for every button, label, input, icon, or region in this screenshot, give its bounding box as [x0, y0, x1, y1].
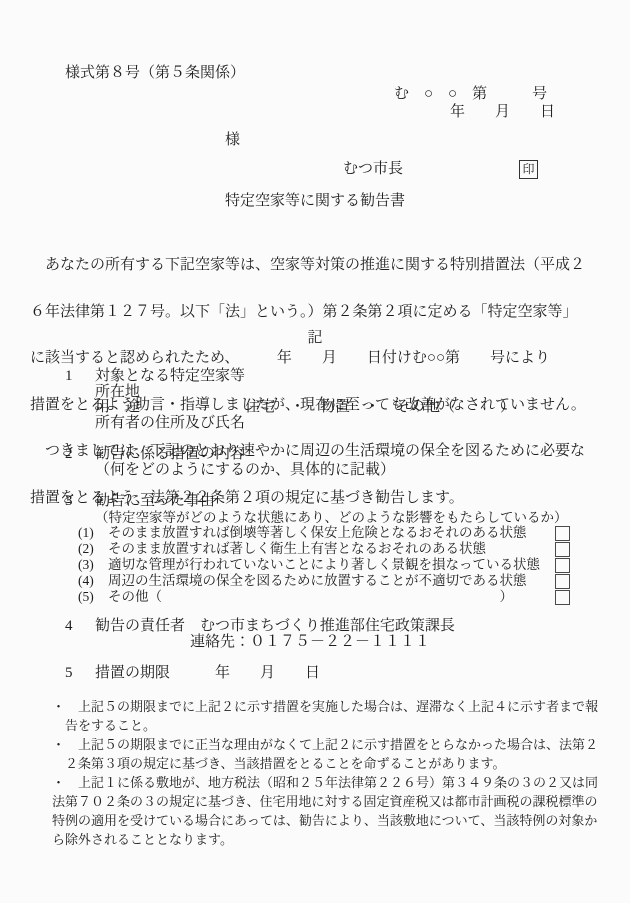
- note-line: ら除外されることとなります。: [52, 830, 612, 849]
- note-line: ・ 上記５の期限までに正当な理由がなくて上記２に示す措置をとらなかった場合は、法…: [52, 735, 612, 754]
- document-title: 特定空家等に関する勧告書: [0, 194, 630, 210]
- section-number: 2: [65, 447, 95, 463]
- section-number: 4: [65, 619, 95, 635]
- item-text: そのまま放置すれば倒壊等著しく保安上危険となるおそれのある状態: [108, 525, 555, 541]
- section-deadline: 5 措置の期限 年 月 日: [65, 666, 600, 682]
- field-owner-label: 所有者の住所及び氏名: [95, 416, 600, 432]
- item-number: (4): [78, 573, 108, 589]
- section-number: 5: [65, 666, 95, 682]
- checkbox-danger[interactable]: [555, 526, 570, 541]
- section-heading: 勧告の責任者 むつ市まちづくり推進部住宅政策課長: [95, 619, 455, 635]
- footer-notes: ・ 上記５の期限までに上記２に示す措置を実施した場合は、遅滞なく上記４に示す者ま…: [52, 697, 612, 849]
- reason-item-row: (1) そのまま放置すれば倒壊等著しく保安上危険となるおそれのある状態: [78, 525, 600, 541]
- section-note: （何をどのようにするのか、具体的に記載）: [95, 463, 600, 479]
- section-reason: 3 勧告に至った事由 （特定空家等がどのような状態にあり、どのような影響をもたら…: [65, 494, 600, 605]
- item-number: (3): [78, 557, 108, 573]
- item-text: 周辺の生活環境の保全を図るために放置することが不適切である状態: [108, 573, 555, 589]
- ki-marker: 記: [0, 331, 630, 347]
- checkbox-scenery[interactable]: [555, 558, 570, 573]
- item-number: (2): [78, 541, 108, 557]
- section-number: 3: [65, 494, 95, 510]
- note-line: 法第７０２条の３の規定に基づき、住宅用地に対する固定資産税又は都市計画税の課税標…: [52, 792, 612, 811]
- section-heading: 勧告に至った事由: [95, 494, 215, 510]
- section-note: （特定空家等がどのような状態にあり、どのような影響をもたらしているか）: [95, 510, 600, 526]
- item-text: 適切な管理が行われていないことにより著しく景観を損なっている状態: [108, 557, 555, 573]
- contact-phone: 連絡先：０１７５－２２－１１１１: [190, 635, 600, 651]
- field-usage-options: 用 途 住宅 ・ 物置 ・ その他（ ）: [95, 400, 600, 416]
- item-number: (1): [78, 525, 108, 541]
- checkbox-other[interactable]: [555, 590, 570, 605]
- reason-item-row: (2) そのまま放置すれば著しく衛生上有害となるおそれのある状態: [78, 541, 600, 557]
- sender-name: むつ市長: [343, 162, 403, 178]
- form-number: 様式第８号（第５条関係）: [65, 66, 245, 82]
- section-measure-content: 2 勧告に係る措置の内容 （何をどのようにするのか、具体的に記載）: [65, 447, 600, 478]
- note-line: ２条第３項の規定に基づき、当該措置をとることを命ずることがあります。: [52, 754, 612, 773]
- section-heading: 措置の期限 年 月 日: [95, 666, 320, 682]
- document-page: 様式第８号（第５条関係） む ○ ○ 第 号 年 月 日 様 むつ市長 印 特定…: [0, 0, 630, 903]
- seal-char: 印: [522, 162, 534, 176]
- note-line: ・ 上記５の期限までに上記２に示す措置を実施した場合は、遅滞なく上記４に示す者ま…: [52, 697, 612, 716]
- body-line: あなたの所有する下記空家等は、空家等対策の推進に関する特別措置法（平成２: [30, 258, 602, 274]
- checkbox-environment[interactable]: [555, 574, 570, 589]
- body-line: ６年法律第１２７号。以下「法」という。）第２条第２項に定める「特定空家等」: [30, 305, 602, 321]
- reason-item-row: (5) その他（ ）: [78, 589, 600, 605]
- document-number-line: む ○ ○ 第 号: [394, 87, 547, 103]
- field-location-label: 所在地: [95, 385, 600, 401]
- note-line: ・ 上記１に係る敷地が、地方税法（昭和２５年法律第２２６号）第３４９条の３の２又…: [52, 773, 612, 792]
- section-responsible-person: 4 勧告の責任者 むつ市まちづくり推進部住宅政策課長 連絡先：０１７５－２２－１…: [65, 619, 600, 650]
- item-text: そのまま放置すれば著しく衛生上有害となるおそれのある状態: [108, 541, 555, 557]
- body-line: に該当すると認められたため、 年 月 日付けむ○○第 号により: [30, 351, 602, 367]
- section-heading: 勧告に係る措置の内容: [95, 447, 245, 463]
- note-line: 特例の適用を受けている場合にあっては、勧告により、当該敷地について、当該特例の対…: [52, 811, 612, 830]
- section-heading: 対象となる特定空家等: [95, 369, 245, 385]
- checkbox-sanitation[interactable]: [555, 542, 570, 557]
- section-number: 1: [65, 369, 95, 385]
- seal-stamp-icon: 印: [519, 160, 538, 179]
- reason-item-row: (4) 周辺の生活環境の保全を図るために放置することが不適切である状態: [78, 573, 600, 589]
- note-line: 告をすること。: [52, 716, 612, 735]
- reason-item-row: (3) 適切な管理が行われていないことにより著しく景観を損なっている状態: [78, 557, 600, 573]
- addressee-honorific: 様: [225, 133, 240, 149]
- item-number: (5): [78, 589, 108, 605]
- date-line: 年 月 日: [450, 105, 555, 121]
- section-target-vacant-house: 1 対象となる特定空家等 所在地 用 途 住宅 ・ 物置 ・ その他（ ） 所有…: [65, 369, 600, 431]
- item-text: その他（ ）: [108, 589, 555, 605]
